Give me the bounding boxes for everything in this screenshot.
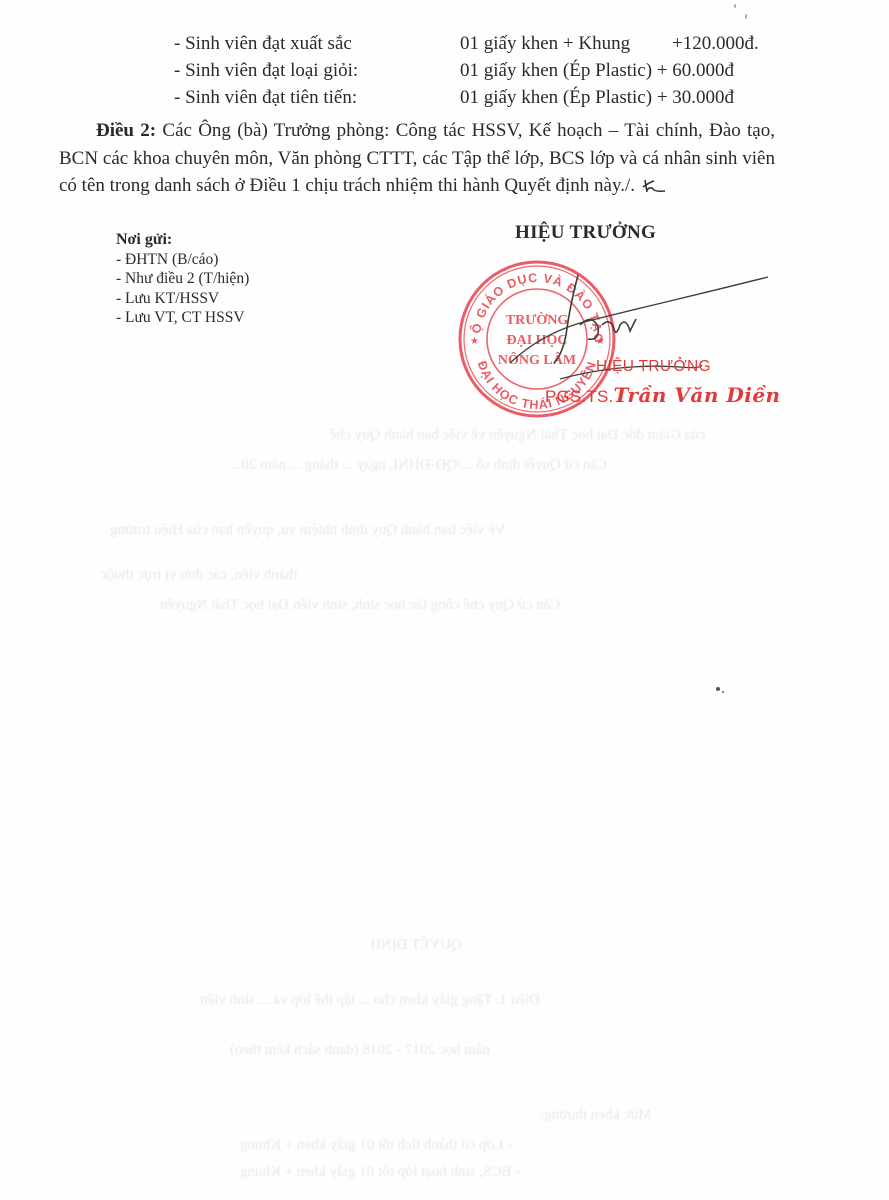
bleed-through-line: Về việc ban hành Quy định nhiệm vụ, quyề… (110, 520, 506, 540)
scan-speck (734, 4, 736, 8)
recipient-item: - Lưu VT, CT HSSV (116, 308, 249, 328)
award-label: - Sinh viên đạt tiên tiến: (174, 85, 357, 111)
bleed-through-line: Mức khen thưởng: (540, 1105, 652, 1125)
article-2-heading: Điều 2: (96, 120, 156, 141)
award-label: - Sinh viên đạt xuất sắc (174, 31, 352, 57)
article-2-text-3: có tên trong danh sách ở Điều 1 chịu trá… (59, 175, 635, 196)
initial-mark-icon (641, 178, 667, 196)
recipient-item: - Như điều 2 (T/hiện) (116, 269, 249, 289)
article-2-text-1: Các Ông (bà) Trưởng phòng: Công tác HSSV… (162, 120, 775, 141)
article-2: Điều 2: Các Ông (bà) Trưởng phòng: Công … (59, 117, 775, 200)
bleed-through-line: Căn cứ Quyết định số .../QĐ-ĐHNL ngày ..… (230, 455, 607, 475)
scan-speck (745, 14, 747, 19)
scan-speck (722, 691, 724, 693)
award-amount: +120.000đ. (672, 31, 759, 57)
bleed-through-line: QUYẾT ĐỊNH (370, 935, 462, 955)
signer-title-prefix: PGS.TS. (545, 387, 613, 406)
recipient-item: - ĐHTN (B/cáo) (116, 250, 249, 270)
recipients-block: Nơi gửi: - ĐHTN (B/cáo) - Như điều 2 (T/… (116, 230, 249, 328)
award-label: - Sinh viên đạt loại giỏi: (174, 58, 358, 84)
award-reward: 01 giấy khen (Ép Plastic) + 60.000đ (460, 58, 734, 84)
signer-role: HIỆU TRƯỞNG (596, 358, 711, 376)
bleed-through-line: Căn cứ Quy chế công tác học sinh, sinh v… (160, 595, 560, 615)
recipient-item: - Lưu KT/HSSV (116, 289, 249, 309)
bleed-through-line: thành viên, các đơn vị trực thuộc (100, 565, 297, 585)
bleed-through-line: - BCS, sinh hoạt lớp tốt 01 giấy khen + … (240, 1162, 520, 1182)
signer-name: PGS.TS.Trần Văn Diền (545, 383, 781, 407)
article-2-line-2: BCN các khoa chuyên môn, Văn phòng CTTT,… (59, 145, 775, 173)
recipients-title: Nơi gửi: (116, 230, 249, 250)
bleed-through-line: của Giám đốc Đại học Thái Nguyên về việc… (330, 425, 705, 445)
article-2-line-1: Điều 2: Các Ông (bà) Trưởng phòng: Công … (59, 117, 775, 145)
bleed-through-line: - Lớp có thành tích tốt 01 giấy khen + K… (240, 1135, 512, 1155)
signature-title: HIỆU TRƯỞNG (515, 222, 656, 244)
document-page: - Sinh viên đạt xuất sắc 01 giấy khen + … (0, 0, 889, 1200)
scan-speck (716, 687, 720, 691)
bleed-through-line: năm học 2017 - 2018 (danh sách kèm theo) (230, 1040, 490, 1060)
award-reward: 01 giấy khen + Khung (460, 31, 630, 57)
bleed-through-line: Điều 1. Tặng giấy khen cho ... tập thể l… (200, 990, 540, 1010)
article-2-line-3: có tên trong danh sách ở Điều 1 chịu trá… (59, 172, 775, 200)
signer-full-name: Trần Văn Diền (613, 383, 780, 407)
award-reward: 01 giấy khen (Ép Plastic) + 30.000đ (460, 85, 734, 111)
